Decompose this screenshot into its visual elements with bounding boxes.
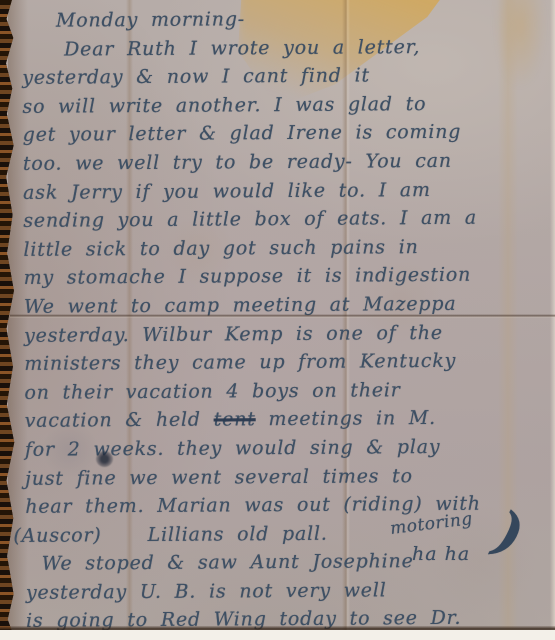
letter-line: little sick to day got such pains in	[23, 232, 547, 264]
struck-word: tent	[214, 409, 256, 431]
letter-scan: Monday morning- Dear Ruth I wrote you a …	[0, 0, 555, 640]
letter-line: sending you a little box of eats. I am a	[23, 203, 547, 235]
horizontal-fold-crease	[10, 314, 555, 318]
letter-line: so will write another. I was glad to	[22, 89, 546, 121]
letter-line: too. we well try to be ready- You can	[23, 146, 547, 178]
scan-background-strip	[0, 630, 555, 640]
letter-line: yesterday & now I cant find it	[22, 60, 546, 92]
line-segment: meetings in M.	[256, 407, 436, 430]
line-segment: vacation & held	[25, 409, 214, 432]
letter-line-with-strikeout: vacation & held tent meetings in M.	[25, 403, 549, 435]
annotation-haha: ha ha	[412, 543, 470, 565]
letter-line-salutation: Dear Ruth I wrote you a letter,	[22, 32, 546, 64]
letter-line: on their vacation 4 boys on their	[24, 375, 548, 407]
letter-line: yesterday. Wilbur Kemp is one of the	[24, 318, 548, 350]
letter-line-dateline: Monday morning-	[22, 3, 546, 35]
letter-line: yesterday U. B. is not very well	[26, 575, 550, 607]
line-segment: (Auscor)	[13, 524, 101, 547]
letter-body: Monday morning- Dear Ruth I wrote you a …	[22, 3, 550, 636]
letter-line: We stoped & saw Aunt Josephine	[26, 546, 550, 578]
letter-line: ask Jerry if you would like to. I am	[23, 175, 547, 207]
letter-line: my stomache I suppose it is indigestion	[24, 261, 548, 293]
letter-line: ministers they came up from Kentucky	[24, 346, 548, 378]
line-segment: Lillians old pall.	[148, 522, 328, 545]
letter-line: get your letter & glad Irene is coming	[23, 118, 547, 150]
ink-blot	[96, 451, 113, 467]
